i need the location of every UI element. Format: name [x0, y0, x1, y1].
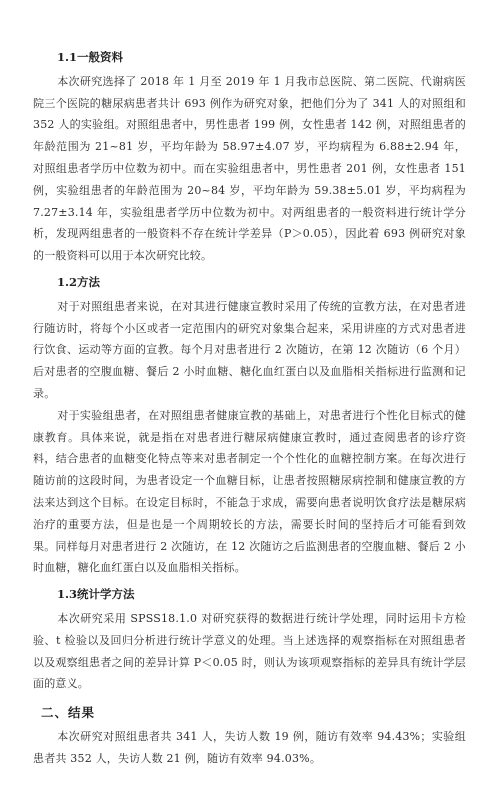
paragraph-statistical-methods: 本次研究采用 SPSS18.1.0 对研究获得的数据进行统计学处理，同时运用卡方…	[33, 608, 466, 695]
section-heading-general-info: 1.1一般资料	[33, 47, 466, 69]
paragraph-methods-control-group: 对于对照组患者来说，在对其进行健康宣教时采用了传统的宣教方法，在对患者进行随访时…	[33, 296, 466, 405]
paragraph-methods-experimental-group: 对于实验组患者，在对照组患者健康宣教的基础上，对患者进行个性化目标式的健康教育。…	[33, 405, 466, 579]
paragraph-general-info: 本次研究选择了 2018 年 1 月至 2019 年 1 月我市总医院、第二医院…	[33, 71, 466, 267]
section-heading-statistical-methods: 1.3统计学方法	[33, 584, 466, 606]
paragraph-results: 本次研究对照组患者共 341 人，失访人数 19 例，随访有效率 94.43%；…	[33, 726, 466, 770]
document-page: 1.1一般资料 本次研究选择了 2018 年 1 月至 2019 年 1 月我市…	[0, 0, 500, 810]
section-heading-results: 二、结果	[33, 702, 466, 724]
section-heading-methods: 1.2方法	[33, 272, 466, 294]
